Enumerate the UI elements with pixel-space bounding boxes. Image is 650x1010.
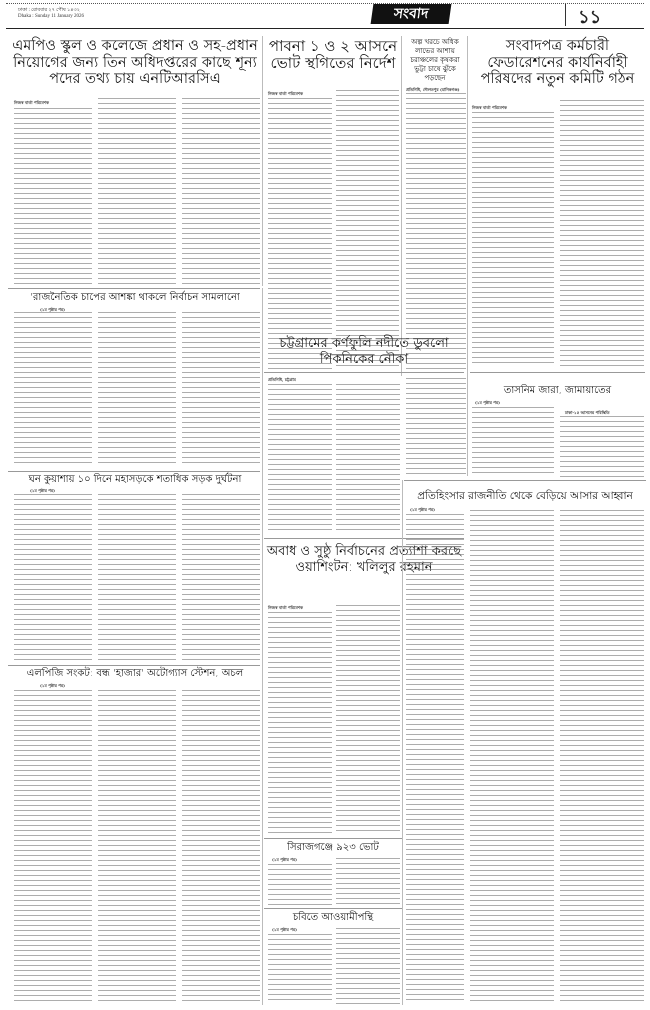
section-divider: [8, 665, 260, 666]
article-headline-awami[interactable]: চবিতে আওয়ামীপন্থি: [264, 912, 402, 924]
article-body-column: [470, 510, 554, 1004]
article-body-column: [472, 112, 554, 367]
article-body-column: [406, 514, 464, 1004]
article-body-column: [336, 90, 399, 370]
column-divider: [262, 36, 263, 286]
article-body-column: [336, 858, 400, 906]
article-headline-revenge[interactable]: প্রতিহিংসার রাজনীতি থেকে বেড়িয়ে আসার আ…: [404, 490, 646, 502]
article-byline: (১ম পৃষ্ঠার পর): [272, 927, 297, 934]
section-divider: [404, 480, 646, 481]
article-headline-pabna[interactable]: পাবনা ১ ও ২ আসনে ভোট স্থগিতের নির্দেশ: [266, 38, 400, 73]
section-divider: [264, 838, 402, 839]
article-body-column: [268, 98, 332, 370]
column-divider: [262, 288, 263, 1005]
article-body-column: [14, 312, 92, 467]
article-headline-federation[interactable]: সংবাদপত্র কর্মচারী ফেডারেশনের কার্যনির্ব…: [470, 38, 645, 88]
article-body-column: [182, 494, 260, 662]
article-headline-sirajganj[interactable]: সিরাজগঞ্জে ৯২৩ ভোট: [264, 842, 402, 854]
newspaper-masthead: সংবাদ: [371, 4, 452, 24]
article-body-column: [336, 928, 400, 1004]
article-body-column: [406, 378, 466, 478]
article-byline: প্রতিনিধি, চট্টগ্রাম: [268, 377, 296, 384]
article-body-column: [268, 384, 332, 534]
article-byline: (১ম পৃষ্ঠার পর): [410, 507, 435, 514]
section-divider: [264, 372, 464, 373]
article-body-column: [406, 93, 466, 373]
article-headline-fog[interactable]: ঘন কুয়াশায় ১০ দিনে মহাসড়কে শতাধিক সড়…: [10, 474, 260, 486]
article-body-column: [14, 108, 92, 286]
header-bottom-rule: [6, 28, 644, 29]
article-body-column: [336, 384, 400, 534]
article-headline-lpg[interactable]: এলপিজি সংকট: বন্ধ 'হাজার' অটোগ্যাস স্টেশ…: [10, 668, 260, 680]
article-byline: নিজস্ব বার্তা পরিবেশক: [268, 605, 303, 612]
article-body-column: [560, 416, 644, 477]
article-headline-tasnim[interactable]: তাসনিম জারা, জামায়াতের: [470, 385, 645, 397]
article-byline: (১ম পৃষ্ঠার পর): [272, 857, 297, 864]
article-body-column: [560, 510, 644, 1004]
page-number-divider: [565, 4, 566, 26]
column-divider: [401, 36, 402, 376]
date-english: Dhaka : Sunday 11 January 2026: [18, 14, 84, 20]
article-body-column: [268, 934, 332, 1004]
article-body-column: [268, 612, 332, 834]
header-dateline: ঢাকা : রোববার ২৭ পৌষ ১৪৩২ Dhaka : Sunday…: [18, 8, 84, 20]
article-headline-ntrca[interactable]: এমপিও স্কুল ও কলেজে প্রধান ও সহ-প্রধান ন…: [10, 38, 260, 88]
article-byline: নিজস্ব বার্তা পরিবেশক: [472, 105, 507, 112]
article-body-column: [336, 605, 400, 834]
article-body-column: [14, 690, 92, 1005]
article-body-column: [182, 312, 260, 467]
article-byline: (১ম পৃষ্ঠার পর): [475, 400, 500, 407]
article-body-column: [182, 690, 260, 1005]
section-divider: [470, 372, 645, 373]
article-body-column: [268, 864, 332, 906]
column-divider: [467, 36, 468, 476]
article-byline: নিজস্ব বার্তা পরিবেশক: [14, 100, 49, 107]
article-body-column: [472, 407, 554, 477]
article-headline-political[interactable]: 'রাজনৈতিক চাপের আশঙ্কা থাকলে নির্বাচন সা…: [10, 292, 260, 304]
article-body-column: [98, 312, 176, 467]
article-body-column: [98, 690, 176, 1005]
article-body-column: [98, 494, 176, 662]
section-divider: [264, 908, 402, 909]
article-byline: নিজস্ব বার্তা পরিবেশক: [268, 91, 303, 98]
article-headline-farmers[interactable]: অল্প খরচে অধিক লাভের আশায় চরাঞ্চলের কৃষ…: [404, 38, 466, 83]
article-byline: (১ম পৃষ্ঠার পর): [40, 683, 65, 690]
article-body-column: [14, 494, 92, 662]
section-divider: [8, 471, 260, 472]
page-number: ১১: [578, 3, 601, 34]
column-divider: [402, 480, 403, 1005]
article-body-column: [182, 98, 260, 286]
article-headline-karnaphuli[interactable]: চট্টগ্রামের কর্ণফুলি নদীতে ডুবলো পিকনিকে…: [264, 336, 464, 368]
section-divider: [8, 288, 260, 289]
header-top-rule: [6, 3, 644, 4]
article-body-column: [560, 100, 644, 367]
article-body-column: [98, 98, 176, 286]
